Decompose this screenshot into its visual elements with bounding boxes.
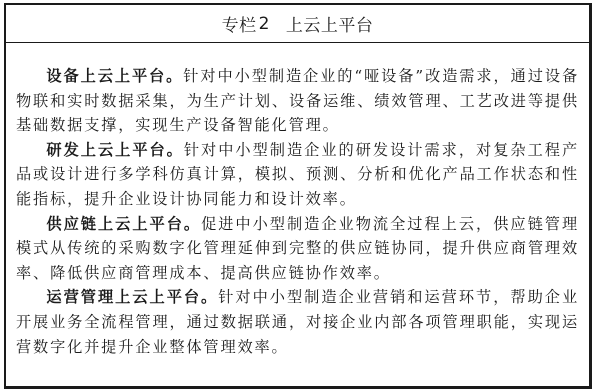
paragraph-operations-cloud: 运营管理上云上平台。针对中小型制造企业营销和运营环节，帮助企业开展业务全流程管理… — [16, 285, 579, 359]
box-content: 设备上云上平台。针对中小型制造企业的“哑设备”改造需求，通过设备物联和实时数据采… — [6, 43, 589, 359]
box-title-number: 2 — [259, 14, 270, 34]
paragraph-lead: 运营管理上云上平台。 — [46, 288, 218, 306]
sidebar-box: 专栏 2 上云上平台 设备上云上平台。针对中小型制造企业的“哑设备”改造需求，通… — [4, 3, 592, 389]
paragraph-lead: 研发上云上平台。 — [46, 141, 183, 159]
paragraph-lead: 设备上云上平台。 — [46, 67, 183, 85]
paragraph-lead: 供应链上云上平台。 — [46, 215, 201, 233]
box-header: 专栏 2 上云上平台 — [6, 5, 589, 43]
box-title-prefix: 专栏 — [222, 11, 257, 36]
paragraph-device-cloud: 设备上云上平台。针对中小型制造企业的“哑设备”改造需求，通过设备物联和实时数据采… — [16, 64, 579, 138]
paragraph-rnd-cloud: 研发上云上平台。针对中小型制造企业的研发设计需求，对复杂工程产品或设计进行多学科… — [16, 138, 579, 212]
paragraph-supply-chain-cloud: 供应链上云上平台。促进中小型制造企业物流全过程上云，供应链管理模式从传统的采购数… — [16, 212, 579, 286]
box-title-text: 上云上平台 — [286, 11, 374, 36]
